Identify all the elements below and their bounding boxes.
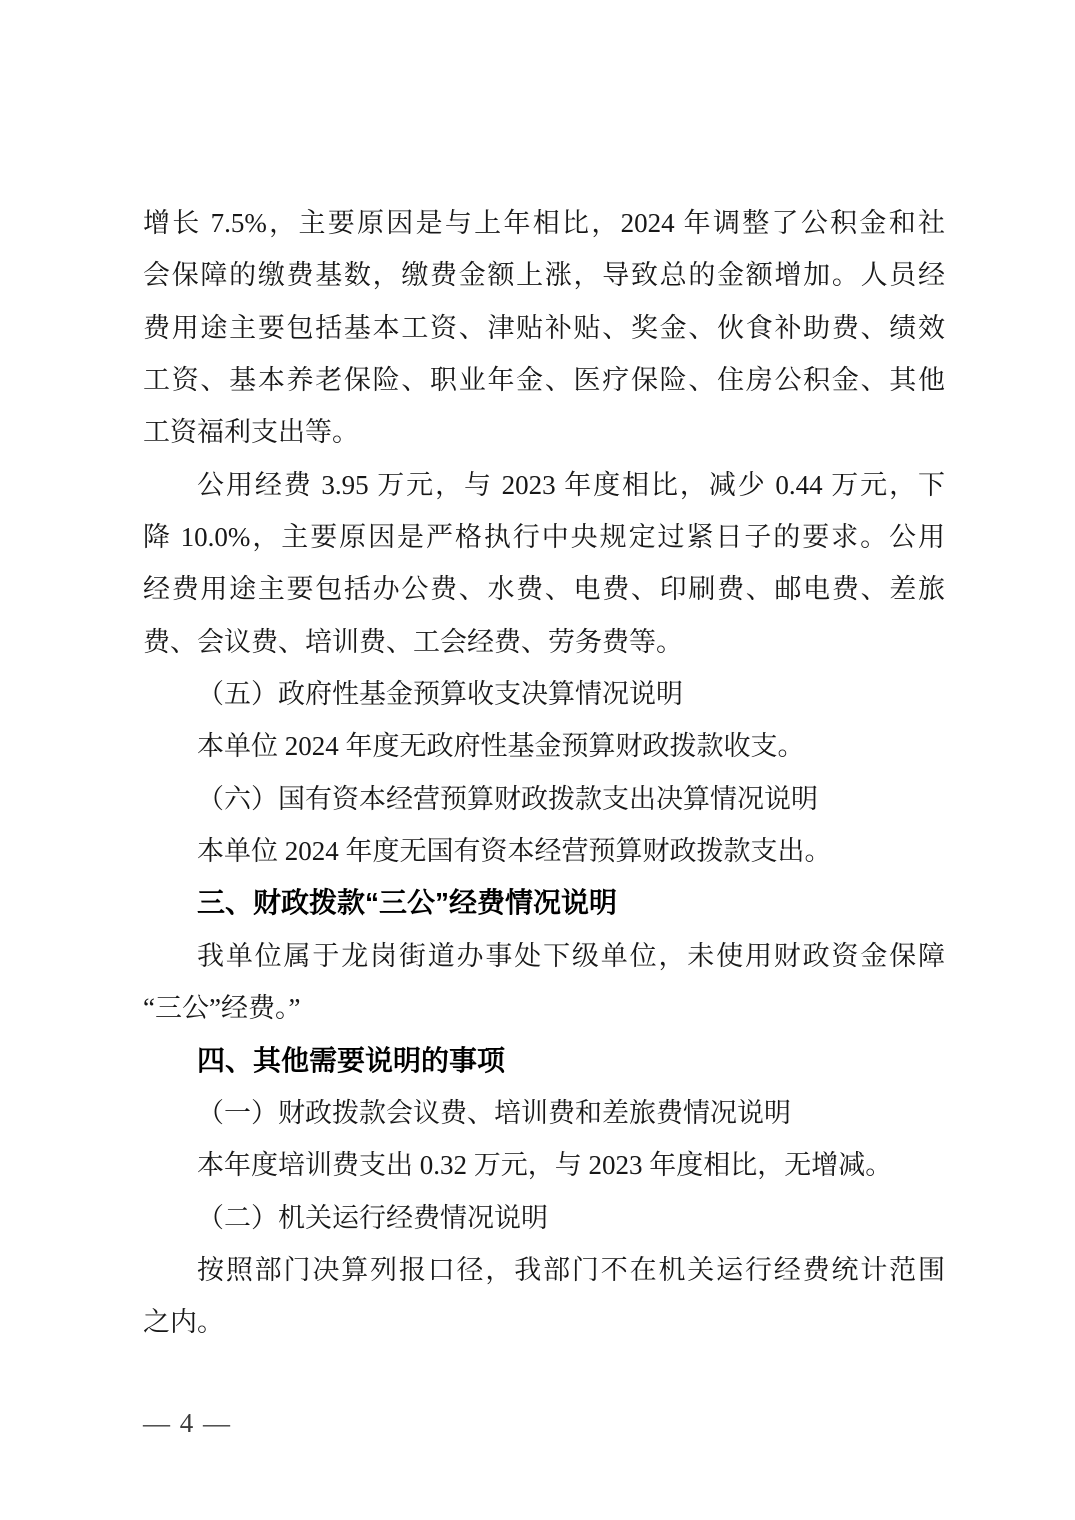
text-line: 公用经费 3.95 万元，与 2023 年度相比，减少 0.44 万元，下 — [143, 459, 945, 511]
subheading-item-2: （二）机关运行经费情况说明 — [143, 1192, 945, 1244]
text-line: 经费用途主要包括办公费、水费、电费、印刷费、邮电费、差旅 — [143, 563, 945, 615]
text-line: 我单位属于龙岗街道办事处下级单位，未使用财政资金保障 — [143, 930, 945, 982]
text-line: 之内。 — [143, 1296, 945, 1348]
text-line: 本单位 2024 年度无政府性基金预算财政拨款收支。 — [143, 720, 945, 772]
text-line: 本单位 2024 年度无国有资本经营预算财政拨款支出。 — [143, 825, 945, 877]
text-line: 增长 7.5%，主要原因是与上年相比，2024 年调整了公积金和社 — [143, 197, 945, 249]
document-page: 增长 7.5%，主要原因是与上年相比，2024 年调整了公积金和社 会保障的缴费… — [0, 0, 1075, 1520]
text-line: 工资福利支出等。 — [143, 406, 945, 458]
subheading-item-1: （一）财政拨款会议费、培训费和差旅费情况说明 — [143, 1087, 945, 1139]
text-line: 本年度培训费支出 0.32 万元，与 2023 年度相比，无增减。 — [143, 1139, 945, 1191]
text-line: 降 10.0%，主要原因是严格执行中央规定过紧日子的要求。公用 — [143, 511, 945, 563]
page-number: — 4 — — [143, 1406, 230, 1440]
subheading-item-5: （五）政府性基金预算收支决算情况说明 — [143, 668, 945, 720]
heading-section-4: 四、其他需要说明的事项 — [143, 1035, 945, 1087]
text-line: 费用途主要包括基本工资、津贴补贴、奖金、伙食补助费、绩效 — [143, 302, 945, 354]
text-line: 按照部门决算列报口径，我部门不在机关运行经费统计范围 — [143, 1244, 945, 1296]
document-body: 增长 7.5%，主要原因是与上年相比，2024 年调整了公积金和社 会保障的缴费… — [143, 197, 945, 1349]
text-line: 工资、基本养老保险、职业年金、医疗保险、住房公积金、其他 — [143, 354, 945, 406]
text-line: 会保障的缴费基数，缴费金额上涨，导致总的金额增加。人员经 — [143, 249, 945, 301]
text-line: 费、会议费、培训费、工会经费、劳务费等。 — [143, 616, 945, 668]
text-line: “三公”经费。” — [143, 982, 945, 1034]
subheading-item-6: （六）国有资本经营预算财政拨款支出决算情况说明 — [143, 773, 945, 825]
heading-section-3: 三、财政拨款“三公”经费情况说明 — [143, 877, 945, 929]
